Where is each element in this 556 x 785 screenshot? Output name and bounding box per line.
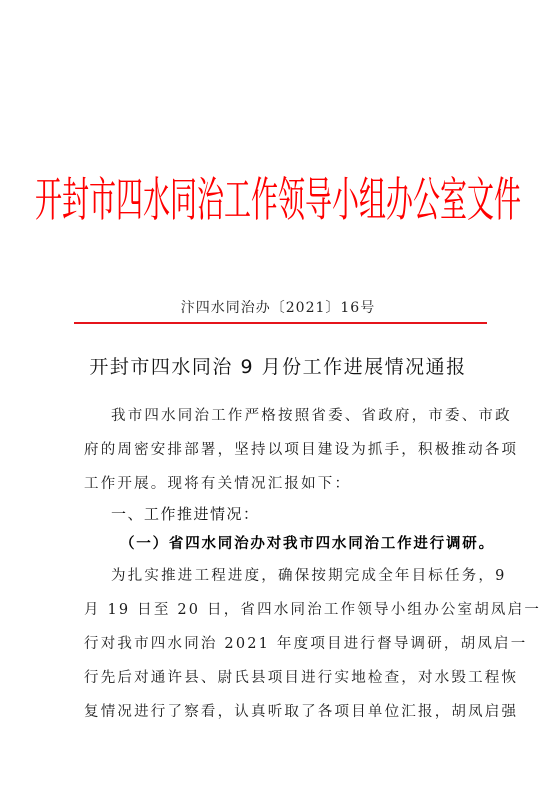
red-divider-rule <box>74 322 487 324</box>
paragraph-line: 月 19 日至 20 日，省四水同治工作领导小组办公室胡凤启一 <box>84 599 541 621</box>
paragraph-line: 复情况进行了察看，认真听取了各项目单位汇报，胡凤启强 <box>84 701 518 723</box>
paragraph-line: 为扎实推进工程进度，确保按期完成全年目标任务，9 <box>111 565 507 587</box>
masthead-title: 开封市四水同治工作领导小组办公室文件 <box>0 150 556 255</box>
document-title: 开封市四水同治 9 月份工作进展情况通报 <box>0 353 556 381</box>
paragraph-line: 行先后对通许县、尉氏县项目进行实地检查，对水毁工程恢 <box>84 667 518 689</box>
paragraph-line: 工作开展。现将有关情况汇报如下： <box>84 473 351 495</box>
section-heading: 一、工作推进情况： <box>111 503 260 525</box>
paragraph-line: 府的周密安排部署，坚持以项目建设为抓手，积极推动各项 <box>84 439 518 461</box>
document-number: 汴四水同治办〔2021〕16号 <box>0 298 556 318</box>
document-page: 开封市四水同治工作领导小组办公室文件 汴四水同治办〔2021〕16号 开封市四水… <box>0 0 556 785</box>
paragraph-line: 行对我市四水同治 2021 年度项目进行督导调研，胡凤启一 <box>84 633 527 655</box>
paragraph-line: 我市四水同治工作严格按照省委、省政府，市委、市政 <box>111 405 512 427</box>
subsection-heading: （一）省四水同治办对我市四水同治工作进行调研。 <box>120 533 495 555</box>
